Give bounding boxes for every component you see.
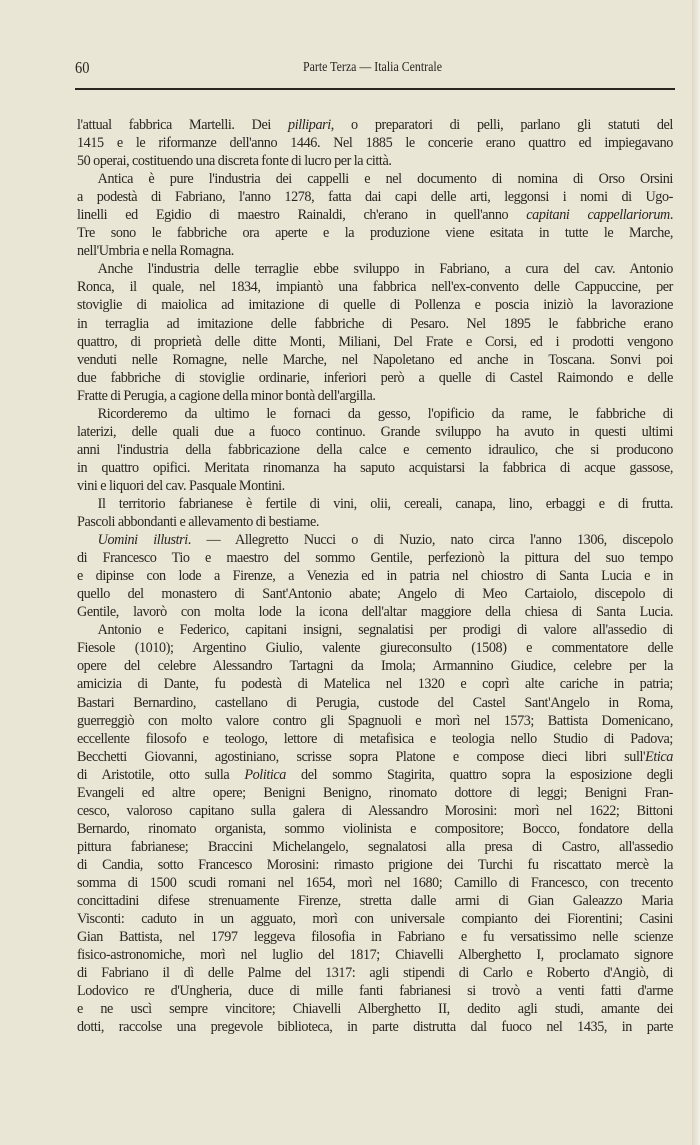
text-line: Uomini illustri. — Allegretto Nucci o di… — [77, 531, 673, 549]
text-line: amicizia di Dante, fu podestà di Matelic… — [77, 675, 673, 693]
text-line: stoviglie di maiolica ad imitazione di q… — [77, 296, 673, 314]
text-line: opere del celebre Alessandro Tartagni da… — [77, 657, 673, 675]
text-line: Tre sono le fabbriche ora aperte e la pr… — [77, 224, 673, 242]
text-line: linelli ed Egidio di maestro Rainaldi, c… — [77, 206, 673, 224]
text-line: Fratte di Perugia, a cagione della minor… — [77, 387, 673, 405]
text-line: cesco, valoroso capitano sulla galera di… — [77, 802, 673, 820]
text-line: e dipinse con lode a Firenze, a Venezia … — [77, 567, 673, 585]
text-line: Antica è pure l'industria dei cappelli e… — [77, 170, 673, 188]
text-line: Ronca, il quale, nel 1834, impiantò una … — [77, 278, 673, 296]
text-line: di Aristotile, otto sulla Politica del s… — [77, 766, 673, 784]
text-line: Antonio e Federico, capitani insigni, se… — [77, 621, 673, 639]
page-edge-shadow — [692, 0, 700, 1145]
text-line: Bernardo, rinomato organista, sommo viol… — [77, 820, 673, 838]
text-line: di Francesco Tio e maestro del sommo Gen… — [77, 549, 673, 567]
text-line: due fabbriche di stoviglie ordinarie, in… — [77, 369, 673, 387]
running-title: Parte Terza — Italia Centrale — [120, 60, 626, 76]
text-line: in quattro opifici. Meritata rinomanza h… — [77, 459, 673, 477]
text-line: anni l'industria della fabbricazione del… — [77, 441, 673, 459]
text-line: Bastari Bernardino, castellano di Perugi… — [77, 694, 673, 712]
text-line: a podestà di Fabriano, l'anno 1278, fatt… — [77, 188, 673, 206]
text-line: Il territorio fabrianese è fertile di vi… — [77, 495, 673, 513]
text-line: dotti, raccolse una pregevole biblioteca… — [77, 1018, 673, 1036]
text-line: Lodovico re d'Ungheria, duce di mille fa… — [77, 982, 673, 1000]
text-line: Becchetti Giovanni, agostiniano, scrisse… — [77, 748, 673, 766]
text-line: quello del monastero di Sant'Antonio aba… — [77, 585, 673, 603]
page-header: 60 Parte Terza — Italia Centrale — [75, 58, 670, 80]
text-line: laterizi, delle quali due a fuoco contin… — [77, 423, 673, 441]
text-line: Pascoli abbondanti e allevamento di best… — [77, 513, 673, 531]
text-line: Evangeli ed altre opere; Benigni Benigno… — [77, 784, 673, 802]
text-line: Visconti: caduto in un agguato, morì con… — [77, 910, 673, 928]
text-line: somma di 1500 scudi romani nel 1654, mor… — [77, 874, 673, 892]
text-line: concittadini difese strenuamente Firenze… — [77, 892, 673, 910]
text-line: venduti nelle Romagne, nelle Marche, nel… — [77, 351, 673, 369]
header-rule — [75, 88, 675, 90]
text-line: Anche l'industria delle terraglie ebbe s… — [77, 260, 673, 278]
text-line: di Candia, sotto Francesco Morosini: rim… — [77, 856, 673, 874]
text-line: e ne uscì sempre vincitore; Chiavelli Al… — [77, 1000, 673, 1018]
text-line: Gian Battista, nel 1797 leggeva filosofi… — [77, 928, 673, 946]
text-line: di Fabriano il dì delle Palme del 1317: … — [77, 964, 673, 982]
text-line: guerreggiò con molto valore contro gli S… — [77, 712, 673, 730]
text-line: quattro, di proprietà delle ditte Monti,… — [77, 333, 673, 351]
text-line: 50 operai, costituendo una discreta font… — [77, 152, 673, 170]
text-line: in terraglia ad imitazione delle fabbric… — [77, 315, 673, 333]
text-line: pittura fabrianese; Braccini Michelangel… — [77, 838, 673, 856]
text-line: l'attual fabbrica Martelli. Dei pillipar… — [77, 116, 673, 134]
page-number: 60 — [75, 58, 89, 78]
text-line: Fiesole (1010); Argentino Giulio, valent… — [77, 639, 673, 657]
text-line: vini e liquori del cav. Pasquale Montini… — [77, 477, 673, 495]
text-line: Gentile, lavorò con molta lode la icona … — [77, 603, 673, 621]
text-line: fisico-astronomiche, morì nel luglio del… — [77, 946, 673, 964]
text-line: 1415 e le riformanze dell'anno 1446. Nel… — [77, 134, 673, 152]
body-text: l'attual fabbrica Martelli. Dei pillipar… — [77, 116, 673, 1036]
text-line: nell'Umbria e nella Romagna. — [77, 242, 673, 260]
text-line: eccellente filosofo e teologo, lettore d… — [77, 730, 673, 748]
text-line: Ricorderemo da ultimo le fornaci da gess… — [77, 405, 673, 423]
